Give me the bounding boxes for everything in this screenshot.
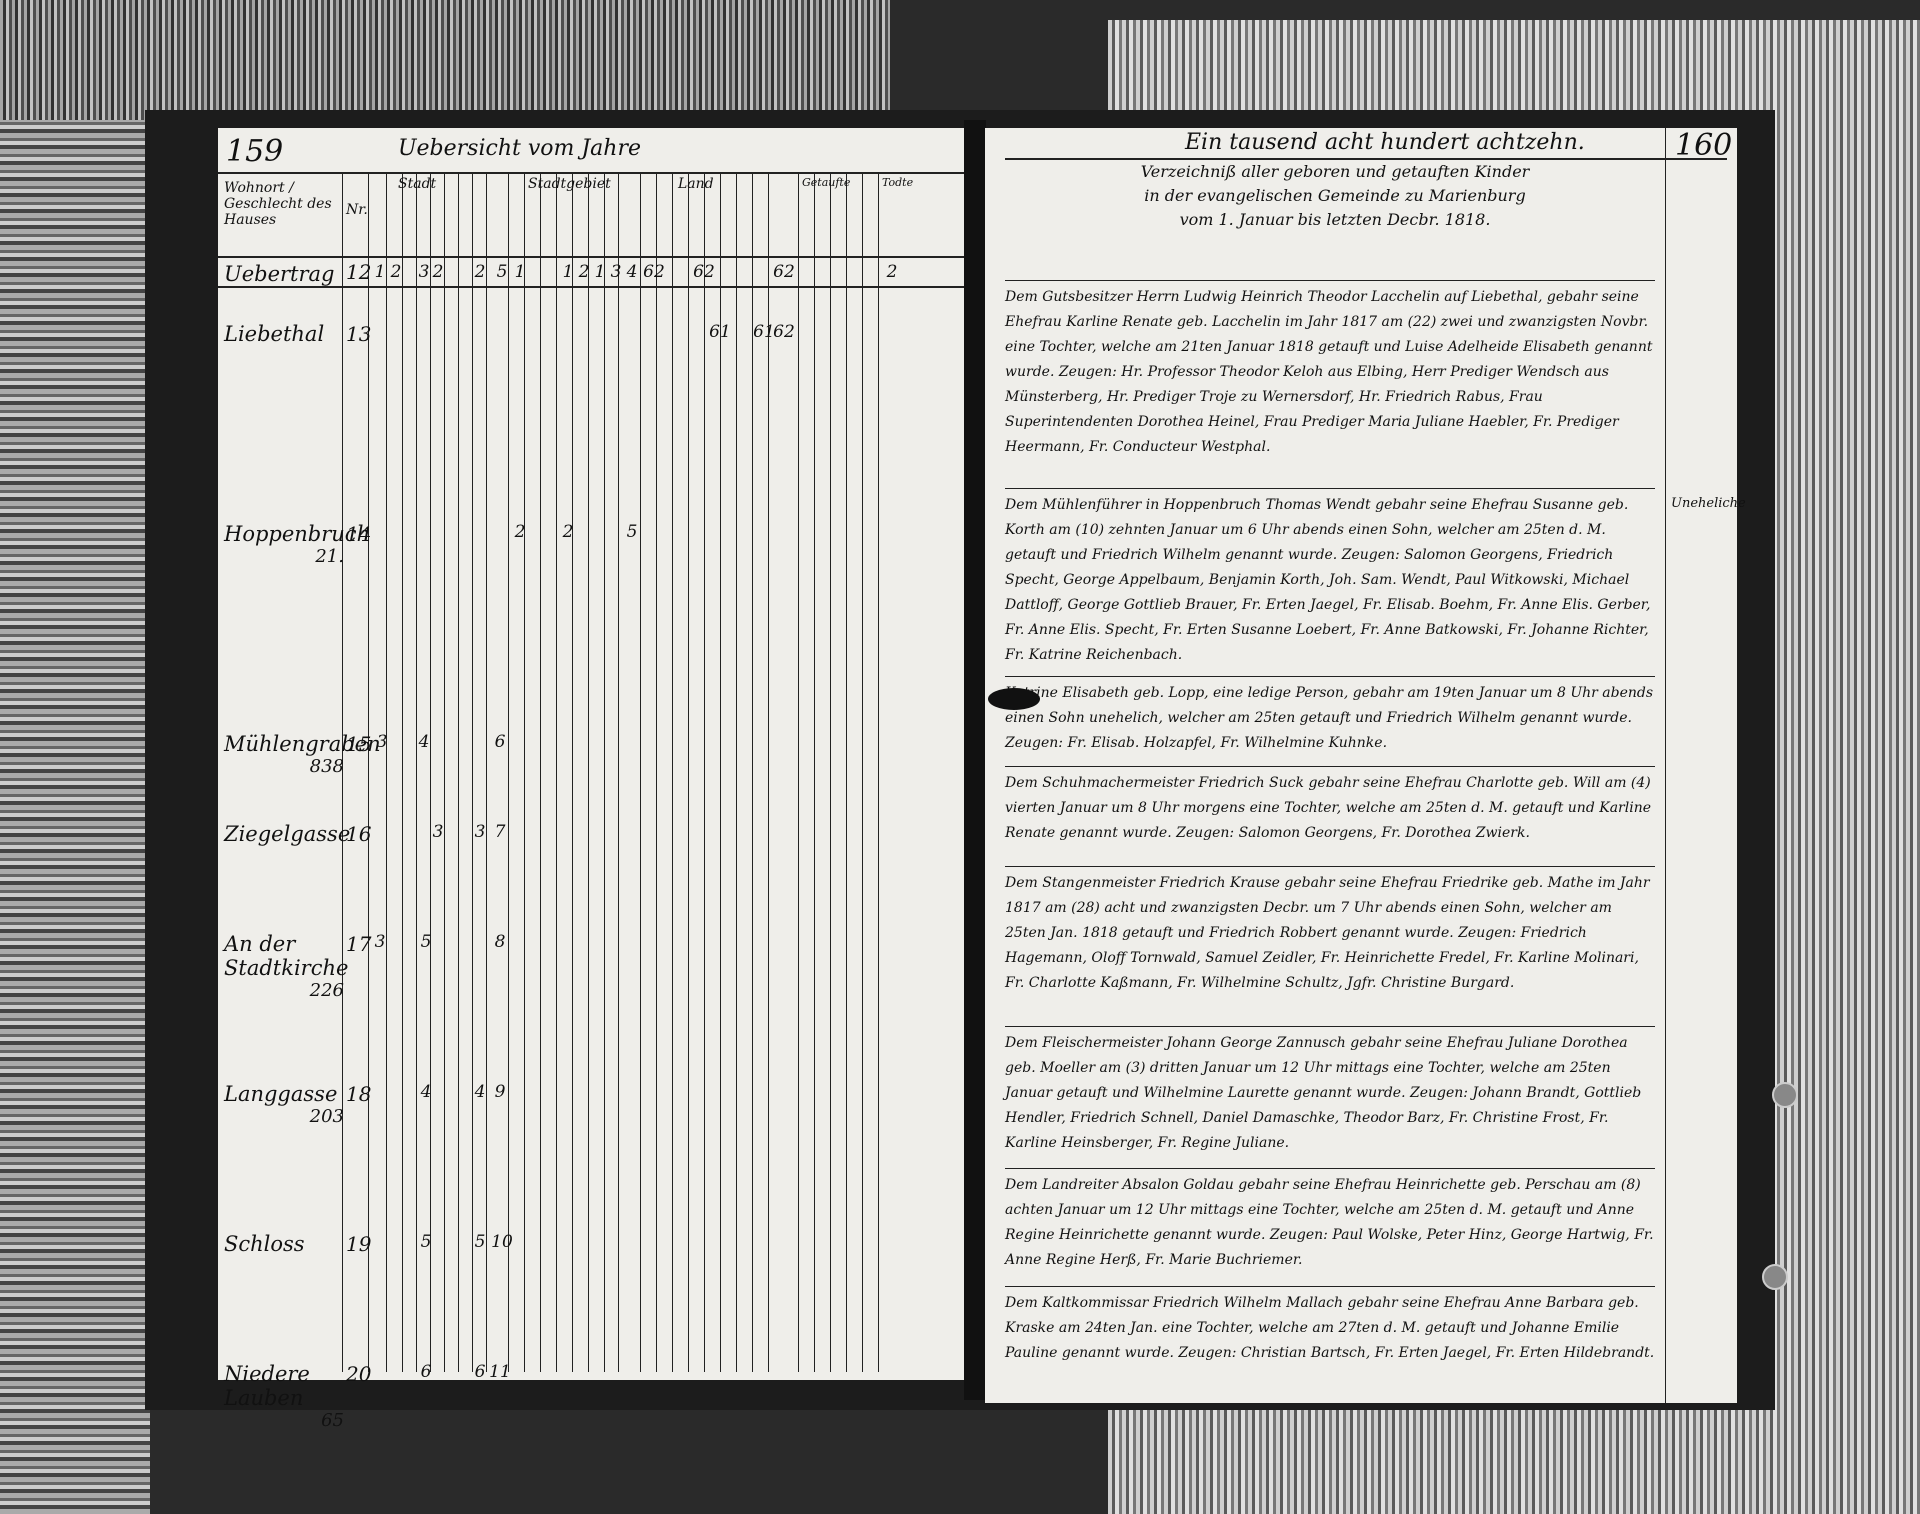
carryover-cell: 2: [426, 262, 450, 282]
carryover-cell: 62: [772, 262, 796, 282]
row-place: An der Stadtkirche226: [224, 932, 344, 1001]
row-cell: 5: [468, 1232, 492, 1252]
row-number: 19: [346, 1232, 371, 1256]
row-cell: 5: [414, 1232, 438, 1252]
row-number: 16: [346, 822, 371, 846]
page-number-left: 159: [226, 134, 283, 169]
header-group-city: Stadt: [398, 176, 436, 192]
row-cell: 3: [426, 822, 450, 842]
row-number: 13: [346, 322, 371, 346]
row-cell: 62: [772, 322, 796, 342]
ink-blot: [988, 688, 1040, 710]
header-group-dead: Todte: [882, 176, 913, 189]
margin-rule: [1665, 128, 1666, 1403]
row-cell: 5: [620, 522, 644, 542]
row-cell: 2: [556, 522, 580, 542]
carryover-cell: 2: [880, 262, 904, 282]
row-cell: 11: [488, 1362, 512, 1382]
carryover-cell: 62: [642, 262, 666, 282]
row-cell: 9: [488, 1082, 512, 1102]
binding-hole: [1772, 1082, 1798, 1108]
row-cell: 61: [708, 322, 732, 342]
row-cell: 6: [414, 1362, 438, 1382]
year-header: Ein tausend acht hundert achtzehn.: [1185, 130, 1585, 155]
baptism-entry: Dem Schuhmachermeister Friedrich Suck ge…: [1005, 766, 1655, 846]
row-number: 18: [346, 1082, 371, 1106]
row-cell: 8: [488, 932, 512, 952]
row-place: Hoppenbruch21.: [224, 522, 344, 567]
baptism-entry: Katrine Elisabeth geb. Lopp, eine ledige…: [1005, 676, 1655, 756]
row-number: 20: [346, 1362, 371, 1386]
row-place: Liebethal: [224, 322, 344, 346]
carryover-cell: 2: [384, 262, 408, 282]
carryover-cell: 4: [620, 262, 644, 282]
row-place: Schloss: [224, 1232, 344, 1256]
left-page-title: Uebersicht vom Jahre: [398, 136, 641, 161]
baptism-entry: Dem Mühlenführer in Hoppenbruch Thomas W…: [1005, 488, 1655, 668]
header-group-land: Land: [678, 176, 714, 192]
carryover-cell: 62: [692, 262, 716, 282]
right-page: Ein tausend acht hundert achtzehn. 160 V…: [985, 128, 1737, 1403]
row-place: Langgasse203: [224, 1082, 344, 1127]
statistics-table: Wohnort / Geschlecht des Hauses Nr. Stad…: [218, 172, 964, 1372]
row-cell: 5: [414, 932, 438, 952]
row-cell: 4: [412, 732, 436, 752]
baptism-entry: Dem Landreiter Absalon Goldau gebahr sei…: [1005, 1168, 1655, 1273]
row-number: 14: [346, 522, 371, 546]
book-spine: [964, 120, 986, 1400]
background-texture-left: [0, 120, 150, 1514]
carryover-cell: 2: [468, 262, 492, 282]
row-cell: 7: [488, 822, 512, 842]
header-group-citydistrict: Stadtgebiet: [528, 176, 611, 192]
row-place: Mühlengraben838: [224, 732, 344, 777]
row-cell: 2: [508, 522, 532, 542]
baptism-entry: Dem Fleischermeister Johann George Zannu…: [1005, 1026, 1655, 1156]
baptism-entry: Dem Gutsbesitzer Herrn Ludwig Heinrich T…: [1005, 280, 1655, 460]
baptism-entry: Dem Kaltkommissar Friedrich Wilhelm Mall…: [1005, 1286, 1655, 1366]
header-residence: Wohnort / Geschlecht des Hauses: [224, 180, 342, 228]
register-heading: Verzeichniß aller geboren und getauften …: [1015, 160, 1655, 232]
row-cell: 10: [490, 1232, 514, 1252]
row-cell: 4: [414, 1082, 438, 1102]
row-cell: 6: [488, 732, 512, 752]
margin-note: Uneheliche: [1671, 496, 1746, 511]
header-number: Nr.: [346, 202, 368, 218]
row-cell: 3: [370, 732, 394, 752]
row-place: Niedere Lauben65: [224, 1362, 344, 1431]
carryover-label: Uebertrag: [224, 262, 344, 286]
row-place: Ziegelgasse: [224, 822, 344, 846]
row-cell: 3: [368, 932, 392, 952]
baptism-entry: Dem Stangenmeister Friedrich Krause geba…: [1005, 866, 1655, 996]
binding-hole: [1762, 1264, 1788, 1290]
carryover-cell: 1: [508, 262, 532, 282]
header-group-baptized: Getaufte: [802, 176, 850, 189]
row-number: 15: [346, 732, 371, 756]
left-page: 159 Uebersicht vom Jahre: [218, 128, 964, 1380]
